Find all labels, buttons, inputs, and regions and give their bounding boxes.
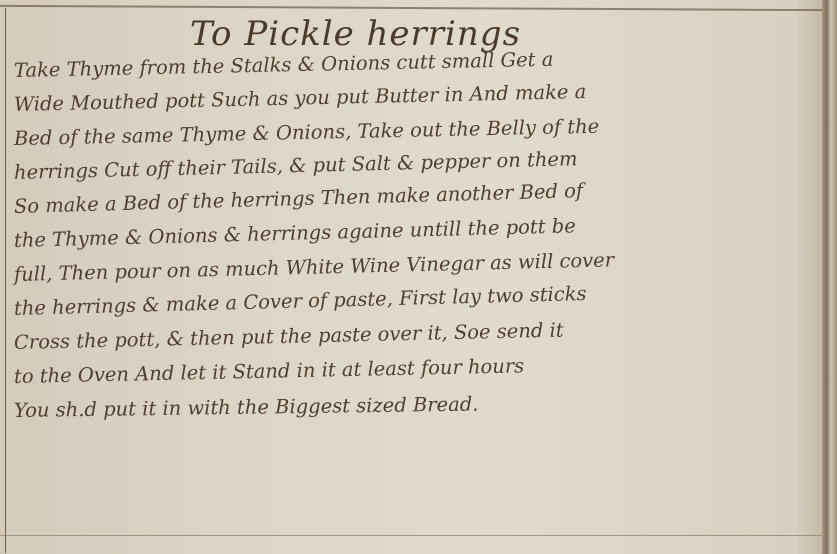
margin-line [5,8,6,553]
manuscript-page: To Pickle herrings Take Thyme from the S… [0,0,837,554]
recipe-body: Take Thyme from the Stalks & Onions cutt… [14,54,814,428]
book-gutter [822,0,837,554]
top-ruled-line [0,5,830,11]
bottom-ruled-line [0,535,837,536]
